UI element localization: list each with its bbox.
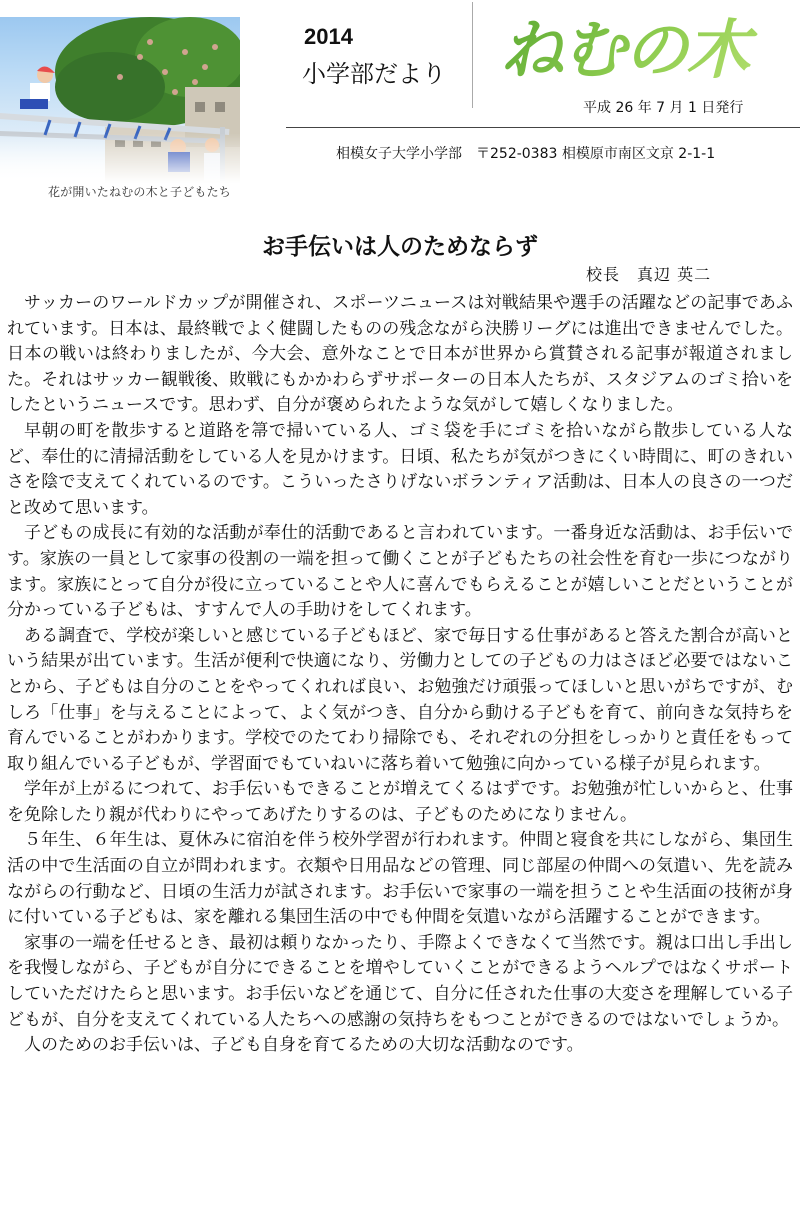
school-address: 相模女子大学小学部 〒252-0383 相模原市南区文京 2-1-1 [336,143,715,163]
newsletter-series-title: 小学部だより [302,54,446,89]
header-horizontal-rule [286,127,800,128]
header-vertical-divider [472,2,473,108]
article-paragraph: ある調査で、学校が楽しいと感じている子どもほど、家で毎日する仕事があると答えた割… [7,624,793,778]
article-paragraph: 学年が上がるにつれて、お手伝いもできることが増えてくるはずです。お勉強が忙しいか… [7,777,793,828]
article-paragraph: 子どもの成長に有効的な活動が奉仕的活動であると言われています。一番身近な活動は、… [7,521,793,623]
newsletter-year: 2014 [304,24,353,50]
header-photo [0,17,240,183]
article-paragraph: 早朝の町を散歩すると道路を箒で掃いている人、ゴミ袋を手にゴミを拾いながら散歩して… [7,419,793,521]
issue-date: 平成 26 年 7 月 1 日発行 [583,97,743,117]
newsletter-logo: ねむの木 [500,6,760,96]
article-body: サッカーのワールドカップが開催され、スポーツニュースは対戦結果や選手の活躍などの… [7,291,793,1059]
article-title: お手伝いは人のためならず [0,228,800,261]
article-paragraph: ５年生、６年生は、夏休みに宿泊を伴う校外学習が行われます。仲間と寝食を共にしなが… [7,828,793,930]
article-paragraph: サッカーのワールドカップが開催され、スポーツニュースは対戦結果や選手の活躍などの… [7,291,793,419]
article-paragraph: 人のためのお手伝いは、子ども自身を育てるための大切な活動なのです。 [7,1033,793,1059]
photo-caption: 花が開いたねむの木と子どもたち [48,183,231,200]
article-author: 校長 真辺 英二 [586,262,711,285]
article-paragraph: 家事の一端を任せるとき、最初は頼りなかったり、手際よくできなくて当然です。親は口… [7,931,793,1033]
photo-illustration [0,17,240,183]
